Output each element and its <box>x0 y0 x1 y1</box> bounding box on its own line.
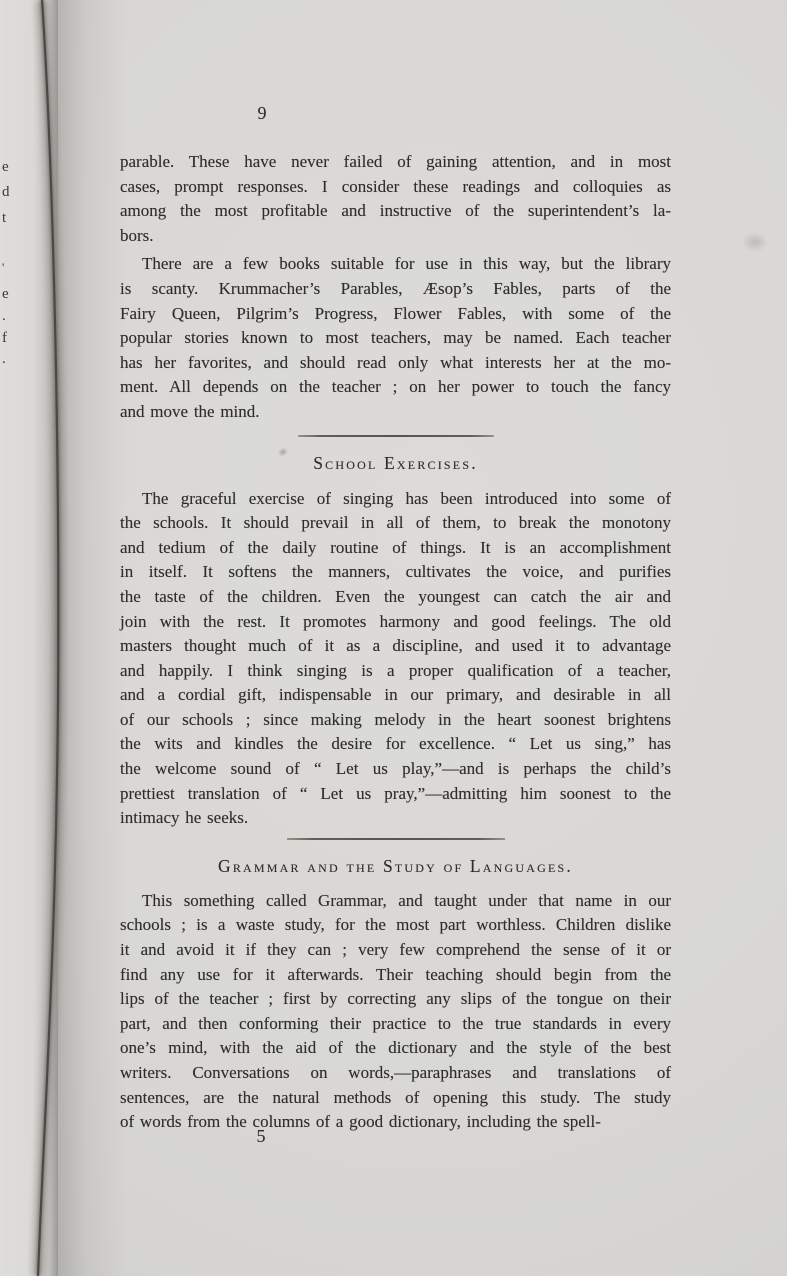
text-line: and tedium of the daily routine of thing… <box>120 536 671 561</box>
text-line: Fairy Queen, Pilgrim’s Progress, Flower … <box>120 302 671 327</box>
margin-fragment: ' <box>2 261 4 274</box>
text-line: is scanty. Krummacher’s Parables, Æsop’s… <box>120 277 671 302</box>
text-line: and a cordial gift, indispensable in our… <box>120 683 671 708</box>
text-line: There are a few books suitable for use i… <box>120 252 671 277</box>
signature-mark: 5 <box>248 1126 274 1147</box>
text-line: and happily. I think singing is a proper… <box>120 659 671 684</box>
text-line: ment. All depends on the teacher ; on he… <box>120 375 671 400</box>
text-line: of words from the columns of a good dict… <box>120 1110 671 1135</box>
section-divider-rule <box>298 435 494 437</box>
text-line: has her favorites, and should read only … <box>120 351 671 376</box>
text-line: This something called Grammar, and taugh… <box>120 889 671 914</box>
text-line: parable. These have never failed of gain… <box>120 150 671 175</box>
text-line: part, and then conforming their practice… <box>120 1012 671 1037</box>
margin-fragment: t <box>2 211 6 226</box>
margin-fragment: e <box>2 287 9 302</box>
page-number: 9 <box>250 103 274 124</box>
text-line: the wits and kindles the desire for exce… <box>120 732 671 757</box>
paragraph-grammar: This something called Grammar, and taugh… <box>120 889 671 1135</box>
margin-fragment: . <box>2 309 6 324</box>
text-line: schools ; is a waste study, for the most… <box>120 913 671 938</box>
text-line: of our schools ; since making melody in … <box>120 708 671 733</box>
margin-fragment: . <box>2 352 6 367</box>
text-line: bors. <box>120 224 671 249</box>
text-line: find any use for it afterwards. Their te… <box>120 963 671 988</box>
text-line: among the most profitable and instructiv… <box>120 199 671 224</box>
margin-fragment: e <box>2 160 9 175</box>
margin-fragment: f <box>2 331 7 346</box>
page-fold-edge <box>0 0 130 1276</box>
section-divider-rule <box>287 838 505 840</box>
text-block: parable. These have never failed of gain… <box>120 150 671 1135</box>
text-line: it and avoid it if they can ; very few c… <box>120 938 671 963</box>
text-line: intimacy he seeks. <box>120 806 671 831</box>
section-heading-grammar: Grammar and the Study of Languages. <box>120 855 671 877</box>
margin-fragment: d <box>2 185 10 200</box>
text-line: the schools. It should prevail in all of… <box>120 511 671 536</box>
text-line: the taste of the children. Even the youn… <box>120 585 671 610</box>
text-line: and move the mind. <box>120 400 671 425</box>
text-line: join with the rest. It promotes harmony … <box>120 610 671 635</box>
text-line: lips of the teacher ; first by correctin… <box>120 987 671 1012</box>
text-line: in itself. It softens the manners, culti… <box>120 560 671 585</box>
text-line: writers. Conversations on words,—paraphr… <box>120 1061 671 1086</box>
text-line: sentences, are the natural methods of op… <box>120 1086 671 1111</box>
text-line: the welcome sound of “ Let us play,”—and… <box>120 757 671 782</box>
paper-smudge <box>742 232 768 252</box>
paragraph-singing: The graceful exercise of singing has bee… <box>120 487 671 831</box>
paragraph-books: There are a few books suitable for use i… <box>120 252 671 424</box>
text-line: The graceful exercise of singing has bee… <box>120 487 671 512</box>
text-line: cases, prompt responses. I consider thes… <box>120 175 671 200</box>
text-line: popular stories known to most teachers, … <box>120 326 671 351</box>
text-line: one’s mind, with the aid of the dictiona… <box>120 1036 671 1061</box>
text-line: prettiest translation of “ Let us pray,”… <box>120 782 671 807</box>
text-line: masters thought much of it as a discipli… <box>120 634 671 659</box>
scanned-book-page: e d t ' e . f . 9 parable. These have ne… <box>0 0 787 1276</box>
section-heading-school-exercises: School Exercises. <box>120 452 671 474</box>
paragraph-readings: parable. These have never failed of gain… <box>120 150 671 248</box>
